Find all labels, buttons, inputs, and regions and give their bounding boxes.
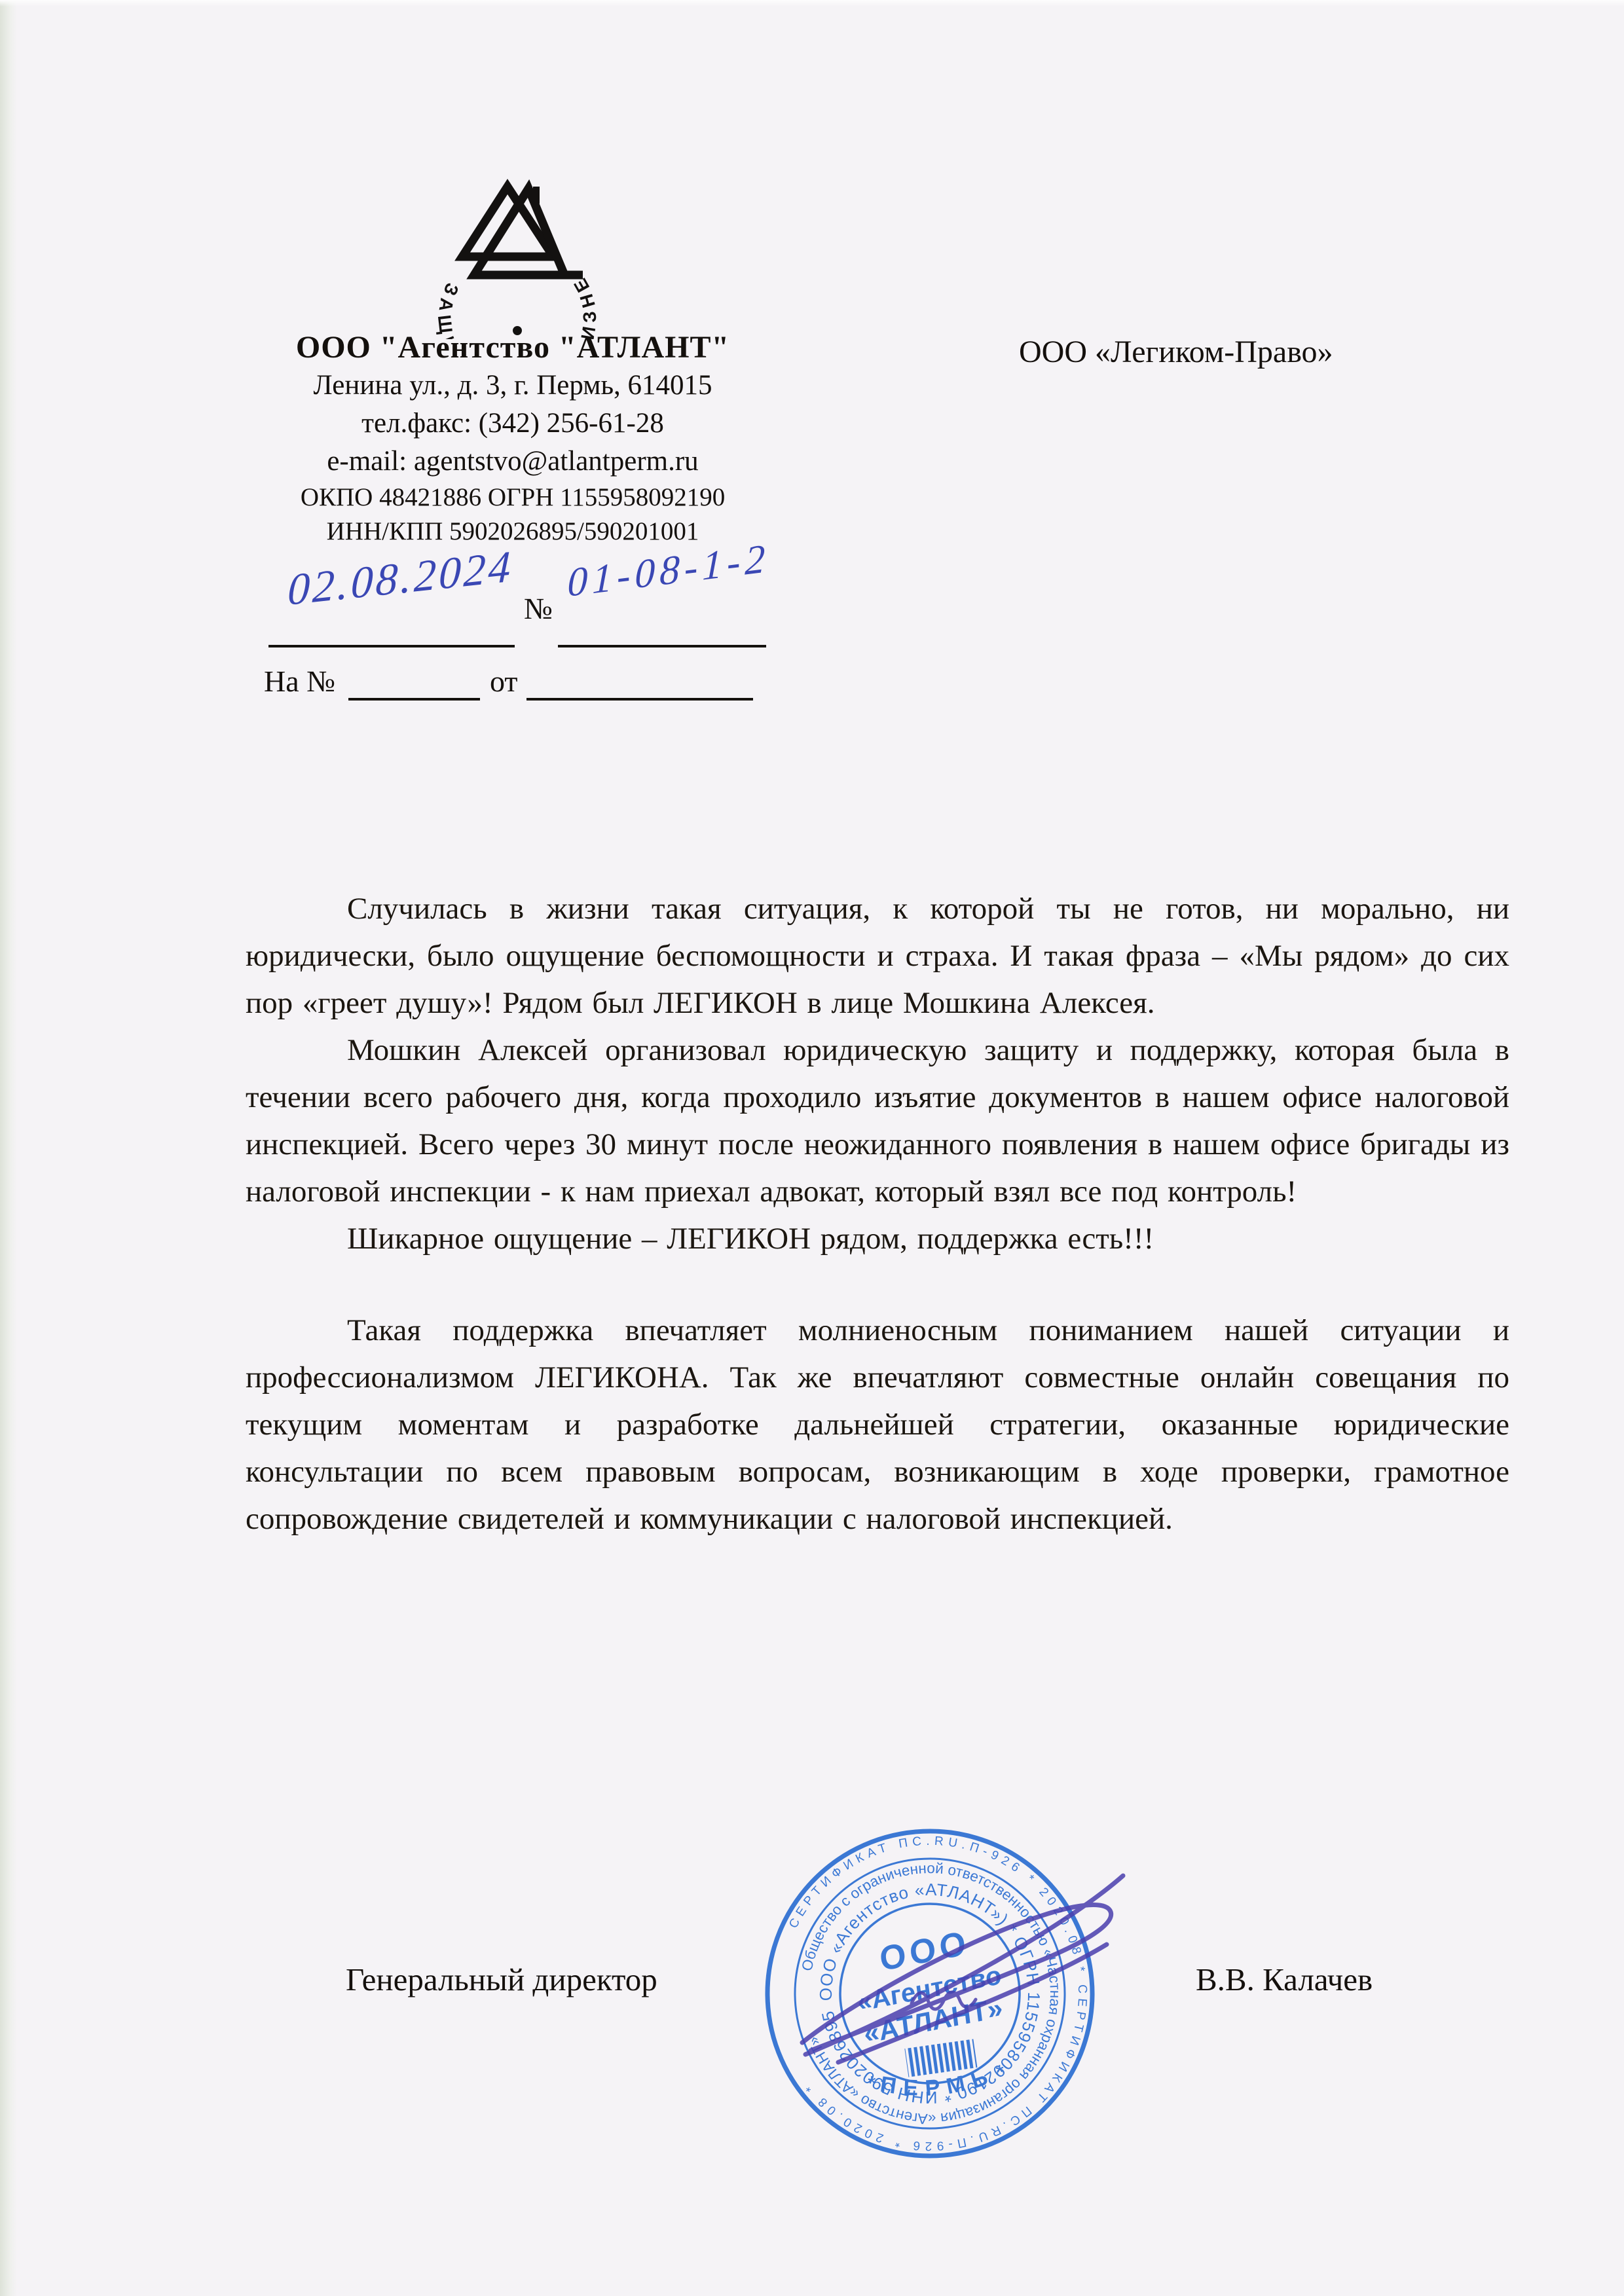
director-signature [740,1846,1172,2102]
reply-number-blank-line [348,698,480,701]
letter-paragraph-1: Случилась в жизни такая ситуация, к кото… [246,885,1509,1027]
signatory-title: Генеральный директор [346,1961,657,1998]
signature-stroke-upper [805,1876,1123,2054]
company-address: Ленина ул., д. 3, г. Пермь, 614015 [249,367,777,405]
handwritten-date: 02.08.2024 [287,540,514,616]
letter-paragraph-4: Такая поддержка впечатляет молниеносным … [246,1307,1509,1542]
logo-motto-text: НА ЗАЩИТЕ ВАШЕГО БИЗНЕСА [434,202,600,339]
document-number-sign: № [524,591,553,626]
letter-paragraph-3: Шикарное ощущение – ЛЕГИКОН рядом, подде… [246,1215,1509,1262]
company-phone: тел.факс: (342) 256-61-28 [249,405,777,443]
letter-paragraph-2: Мошкин Алексей организовал юридическую з… [246,1027,1509,1215]
recipient-name: ООО «Легиком-Право» [1019,334,1333,370]
company-okpo-ogrn: ОКПО 48421886 ОГРН 1155958092190 [249,481,777,515]
letterhead-block: ООО "Агентство "АТЛАНТ" Ленина ул., д. 3… [249,329,777,549]
number-blank-line [558,645,766,647]
letter-body: Случилась в жизни такая ситуация, к кото… [246,885,1509,1542]
reply-from-label: от [490,664,518,699]
date-blank-line [268,645,515,647]
reply-date-blank-line [526,698,753,701]
logo-triangles-icon [462,187,583,275]
company-email: e-mail: agentstvo@atlantperm.ru [249,443,777,481]
signature-loop [802,1905,1111,2050]
scanned-letter-page: НА ЗАЩИТЕ ВАШЕГО БИЗНЕСА ООО "Агентство … [0,0,1624,2296]
company-logo: НА ЗАЩИТЕ ВАШЕГО БИЗНЕСА [413,110,622,339]
reply-to-number-label: На № [264,664,335,699]
signatory-name: В.В. Калачев [1196,1961,1373,1998]
company-name: ООО "Агентство "АТЛАНТ" [249,329,777,367]
